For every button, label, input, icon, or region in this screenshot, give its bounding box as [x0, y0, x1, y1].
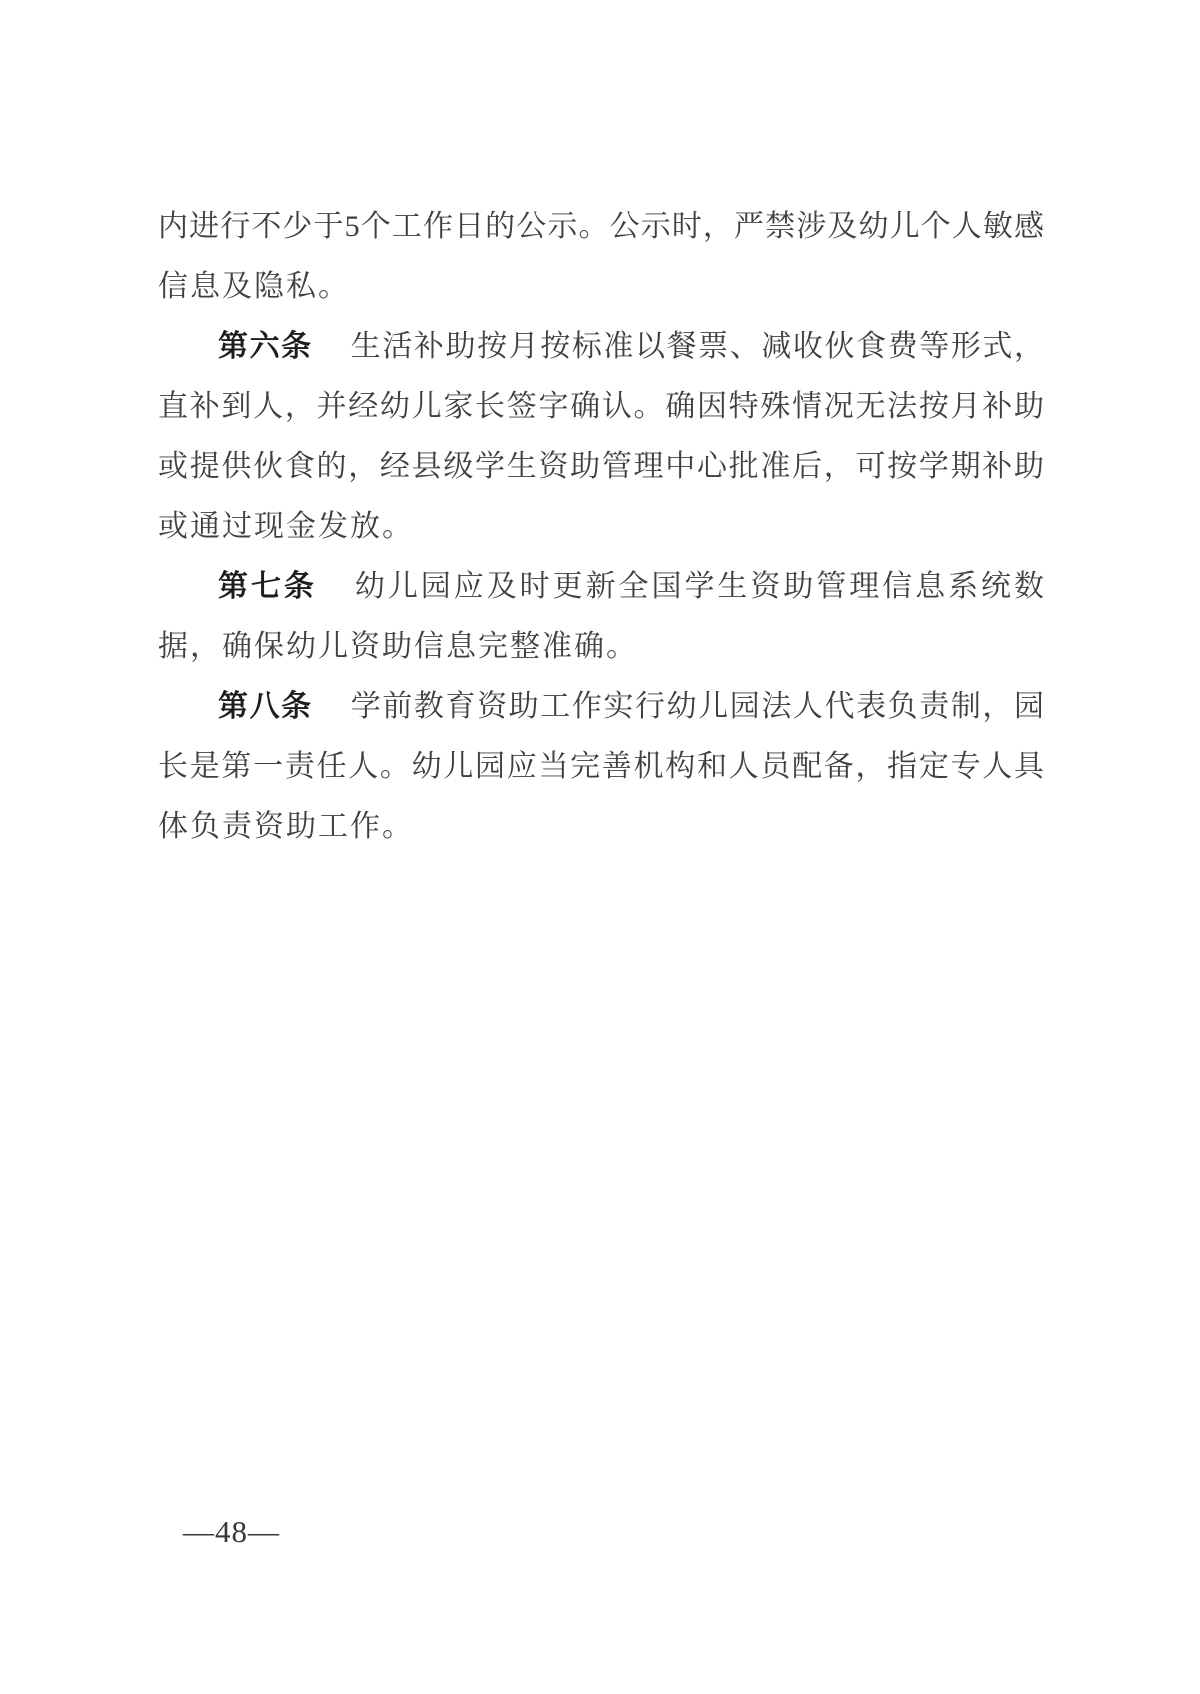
article-8-heading: 第八条 — [218, 690, 313, 723]
line-text: 体负责资助工作。 — [158, 810, 414, 843]
line-text: 信息及隐私。 — [158, 270, 350, 303]
text-line: 据，确保幼儿资助信息完整准确。 — [158, 617, 1044, 677]
text-line: 直补到人，并经幼儿家长签字确认。确因特殊情况无法按月补助 — [158, 377, 1044, 437]
page-number: —48— — [183, 1512, 280, 1552]
line-text: 幼儿园应及时更新全国学生资助管理信息系统数 — [355, 570, 1044, 603]
line-text: 内进行不少于5个工作日的公示。公示时，严禁涉及幼儿个人敏感 — [158, 210, 1044, 243]
text-line-article-7: 第七条幼儿园应及时更新全国学生资助管理信息系统数 — [158, 557, 1044, 617]
line-text: 或提供伙食的，经县级学生资助管理中心批准后，可按学期补助 — [158, 450, 1044, 483]
text-line: 体负责资助工作。 — [158, 797, 1044, 857]
line-text: 直补到人，并经幼儿家长签字确认。确因特殊情况无法按月补助 — [158, 390, 1044, 423]
line-text: 或通过现金发放。 — [158, 510, 414, 543]
text-line: 或提供伙食的，经县级学生资助管理中心批准后，可按学期补助 — [158, 437, 1044, 497]
text-line-article-8: 第八条学前教育资助工作实行幼儿园法人代表负责制，园 — [158, 677, 1044, 737]
line-text: 据，确保幼儿资助信息完整准确。 — [158, 630, 638, 663]
article-7-heading: 第七条 — [218, 570, 317, 603]
text-line: 或通过现金发放。 — [158, 497, 1044, 557]
document-page: 内进行不少于5个工作日的公示。公示时，严禁涉及幼儿个人敏感 信息及隐私。 第六条… — [0, 0, 1200, 1694]
article-6-heading: 第六条 — [218, 330, 313, 363]
text-line: 长是第一责任人。幼儿园应当完善机构和人员配备，指定专人具 — [158, 737, 1044, 797]
text-line: 内进行不少于5个工作日的公示。公示时，严禁涉及幼儿个人敏感 — [158, 197, 1044, 257]
line-text: 长是第一责任人。幼儿园应当完善机构和人员配备，指定专人具 — [158, 750, 1044, 783]
text-line-article-6: 第六条生活补助按月按标准以餐票、减收伙食费等形式， — [158, 317, 1044, 377]
document-text: 内进行不少于5个工作日的公示。公示时，严禁涉及幼儿个人敏感 信息及隐私。 第六条… — [158, 197, 1044, 857]
text-line: 信息及隐私。 — [158, 257, 1044, 317]
line-text: 学前教育资助工作实行幼儿园法人代表负责制，园 — [351, 690, 1044, 723]
line-text: 生活补助按月按标准以餐票、减收伙食费等形式， — [351, 330, 1044, 363]
